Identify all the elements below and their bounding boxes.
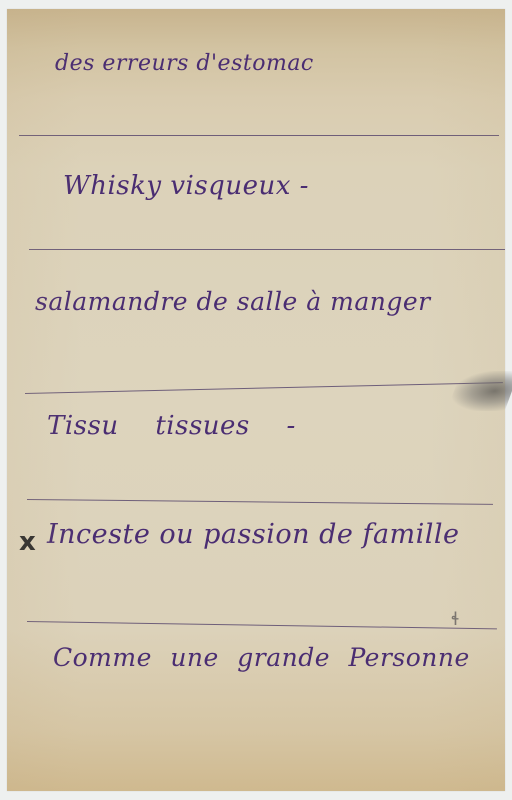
ink-smudge: [447, 371, 512, 411]
handwritten-line-1: des erreurs d'estomac: [55, 51, 314, 76]
ruled-divider-2: [29, 249, 505, 250]
ruled-divider-4: [27, 499, 493, 505]
pencil-mark-icon: ɬ: [451, 609, 460, 630]
handwritten-line-2: Whisky visqueux -: [63, 171, 309, 201]
ruled-divider-5: [27, 621, 497, 629]
handwritten-line-6: Comme une grande Personne: [53, 643, 470, 672]
handwritten-line-4: Tissu tissues -: [47, 411, 296, 441]
ruled-divider-3: [25, 382, 503, 394]
manuscript-page: des erreurs d'estomac Whisky visqueux - …: [7, 9, 505, 791]
margin-x-mark: x: [19, 527, 36, 557]
ruled-divider-1: [19, 135, 499, 136]
handwritten-line-3: salamandre de salle à manger: [35, 287, 431, 316]
handwritten-line-5: Inceste ou passion de famille: [47, 519, 460, 550]
